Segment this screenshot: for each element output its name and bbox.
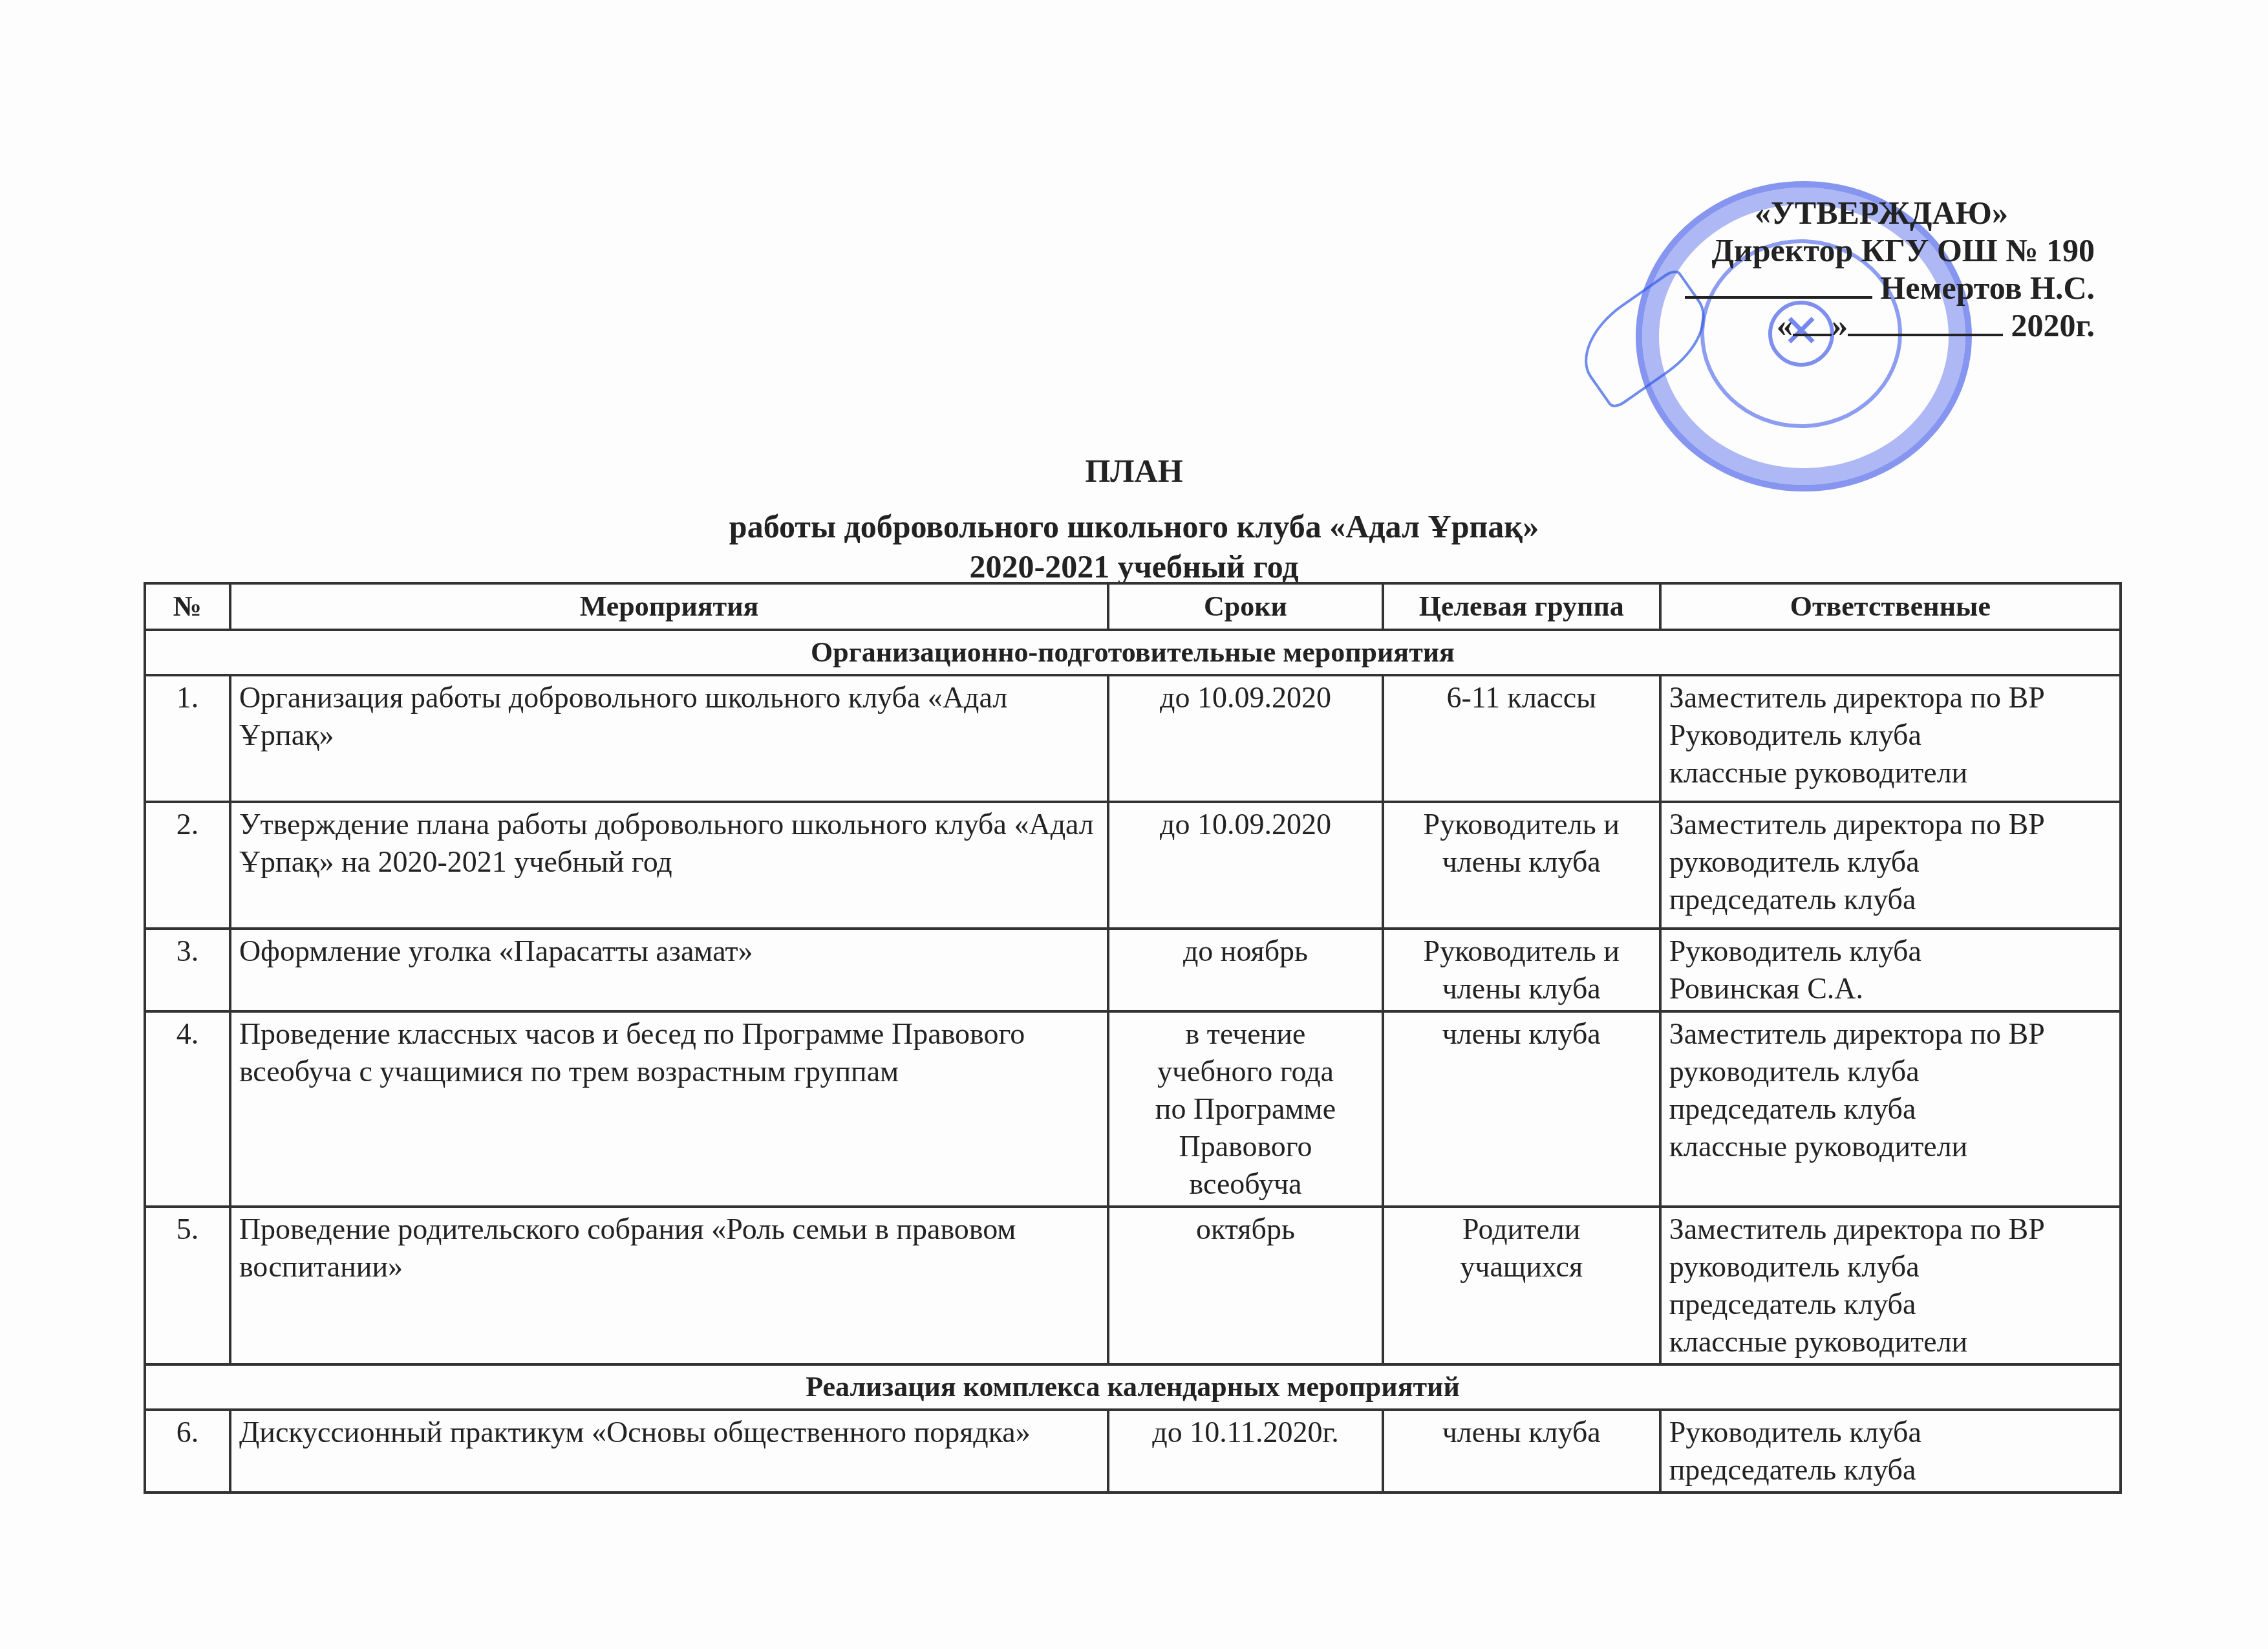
term-line: учебного года: [1117, 1053, 1374, 1090]
group-line: члены клуба: [1392, 970, 1651, 1008]
term-line: Правового: [1117, 1128, 1374, 1165]
row-responsible: Заместитель директора по ВР руководитель…: [1660, 1207, 2121, 1364]
responsible-line: Руководитель клуба: [1669, 932, 2112, 970]
responsible-line: Заместитель директора по ВР: [1669, 1015, 2112, 1053]
row-activity: Дискуссионный практикум «Основы обществе…: [230, 1410, 1108, 1493]
row-group: члены клуба: [1383, 1410, 1660, 1493]
row-responsible: Заместитель директора по ВР руководитель…: [1660, 1011, 2121, 1207]
row-term: до ноябрь: [1108, 929, 1383, 1011]
term-line: до 10.09.2020: [1117, 806, 1374, 843]
row-responsible: Заместитель директора по ВР руководитель…: [1660, 802, 2121, 929]
responsible-line: председатель клуба: [1669, 881, 2112, 918]
term-line: в течение: [1117, 1015, 1374, 1053]
responsible-line: классные руководители: [1669, 1323, 2112, 1361]
responsible-line: руководитель клуба: [1669, 843, 2112, 881]
table-row: 6. Дискуссионный практикум «Основы общес…: [145, 1410, 2121, 1493]
table-row: 2. Утверждение плана работы добровольног…: [145, 802, 2121, 929]
approval-label: «УТВЕРЖДАЮ»: [1616, 194, 2095, 232]
responsible-line: Заместитель директора по ВР: [1669, 1211, 2112, 1248]
header-num: №: [145, 583, 230, 630]
responsible-line: классные руководители: [1669, 754, 2112, 792]
header-group: Целевая группа: [1383, 583, 1660, 630]
table-row: 3. Оформление уголка «Парасатты азамат» …: [145, 929, 2121, 1011]
header-term: Сроки: [1108, 583, 1383, 630]
group-line: Руководитель и: [1392, 806, 1651, 843]
header-responsible: Ответственные: [1660, 583, 2121, 630]
table-header-row: № Мероприятия Сроки Целевая группа Ответ…: [145, 583, 2121, 630]
row-activity: Оформление уголка «Парасатты азамат»: [230, 929, 1108, 1011]
responsible-line: председатель клуба: [1669, 1090, 2112, 1128]
table-row: 4. Проведение классных часов и бесед по …: [145, 1011, 2121, 1207]
date-quote-close: »: [1832, 307, 1848, 343]
table-row: 5. Проведение родительского собрания «Ро…: [145, 1207, 2121, 1364]
row-group: Руководитель и члены клуба: [1383, 929, 1660, 1011]
plan-table: № Мероприятия Сроки Целевая группа Ответ…: [144, 582, 2122, 1494]
row-num: 5.: [145, 1207, 230, 1364]
month-blank: [1848, 308, 2003, 336]
responsible-line: руководитель клуба: [1669, 1053, 2112, 1090]
approval-date-line: «» 2020г.: [1616, 307, 2095, 344]
row-group: члены клуба: [1383, 1011, 1660, 1207]
group-line: члены клуба: [1392, 1015, 1651, 1053]
group-line: учащихся: [1392, 1248, 1651, 1286]
group-line: члены клуба: [1392, 843, 1651, 881]
row-group: Родители учащихся: [1383, 1207, 1660, 1364]
row-activity: Проведение родительского собрания «Роль …: [230, 1207, 1108, 1364]
responsible-line: Заместитель директора по ВР: [1669, 679, 2112, 717]
doc-subheading: работы добровольного школьного клуба «Ад…: [0, 508, 2268, 544]
row-num: 3.: [145, 929, 230, 1011]
group-line: члены клуба: [1392, 1414, 1651, 1451]
date-quote-open: «: [1777, 307, 1793, 343]
approval-block: «УТВЕРЖДАЮ» Директор КГУ ОШ № 190 Немерт…: [1616, 194, 2095, 344]
section-title: Реализация комплекса календарных меропри…: [145, 1364, 2121, 1410]
group-line: 6-11 классы: [1392, 679, 1651, 717]
section-row: Реализация комплекса календарных меропри…: [145, 1364, 2121, 1410]
signature-blank: [1685, 270, 1872, 299]
responsible-line: классные руководители: [1669, 1128, 2112, 1165]
row-activity: Проведение классных часов и бесед по Про…: [230, 1011, 1108, 1207]
row-num: 2.: [145, 802, 230, 929]
approval-year: 2020г.: [2011, 307, 2095, 343]
responsible-line: руководитель клуба: [1669, 1248, 2112, 1286]
row-num: 6.: [145, 1410, 230, 1493]
day-blank: [1793, 308, 1832, 336]
row-activity: Организация работы добровольного школьно…: [230, 675, 1108, 802]
doc-year: 2020-2021 учебный год: [0, 548, 2268, 585]
term-line: всеобуча: [1117, 1165, 1374, 1203]
row-term: до 10.09.2020: [1108, 675, 1383, 802]
responsible-line: председатель клуба: [1669, 1286, 2112, 1323]
responsible-line: Руководитель клуба: [1669, 717, 2112, 754]
approval-signature-line: Немертов Н.С.: [1616, 269, 2095, 307]
approval-name: Немертов Н.С.: [1880, 270, 2095, 306]
row-group: Руководитель и члены клуба: [1383, 802, 1660, 929]
table-row: 1. Организация работы добровольного школ…: [145, 675, 2121, 802]
section-row: Организационно-подготовительные мероприя…: [145, 630, 2121, 675]
responsible-line: Ровинская С.А.: [1669, 970, 2112, 1008]
responsible-line: Заместитель директора по ВР: [1669, 806, 2112, 843]
term-line: до ноябрь: [1117, 932, 1374, 970]
row-term: октябрь: [1108, 1207, 1383, 1364]
term-line: по Программе: [1117, 1090, 1374, 1128]
group-line: Родители: [1392, 1211, 1651, 1248]
row-num: 4.: [145, 1011, 230, 1207]
group-line: Руководитель и: [1392, 932, 1651, 970]
header-activity: Мероприятия: [230, 583, 1108, 630]
term-line: октябрь: [1117, 1211, 1374, 1248]
row-term: до 10.09.2020: [1108, 802, 1383, 929]
term-line: до 10.09.2020: [1117, 679, 1374, 717]
term-line: до 10.11.2020г.: [1117, 1414, 1374, 1451]
approval-director: Директор КГУ ОШ № 190: [1616, 232, 2095, 269]
responsible-line: председатель клуба: [1669, 1451, 2112, 1489]
row-responsible: Руководитель клуба председатель клуба: [1660, 1410, 2121, 1493]
row-term: в течение учебного года по Программе Пра…: [1108, 1011, 1383, 1207]
doc-heading: ПЛАН: [0, 453, 2268, 489]
row-group: 6-11 классы: [1383, 675, 1660, 802]
responsible-line: Руководитель клуба: [1669, 1414, 2112, 1451]
row-num: 1.: [145, 675, 230, 802]
row-responsible: Руководитель клуба Ровинская С.А.: [1660, 929, 2121, 1011]
row-responsible: Заместитель директора по ВР Руководитель…: [1660, 675, 2121, 802]
row-activity: Утверждение плана работы добровольного ш…: [230, 802, 1108, 929]
section-title: Организационно-подготовительные мероприя…: [145, 630, 2121, 675]
row-term: до 10.11.2020г.: [1108, 1410, 1383, 1493]
